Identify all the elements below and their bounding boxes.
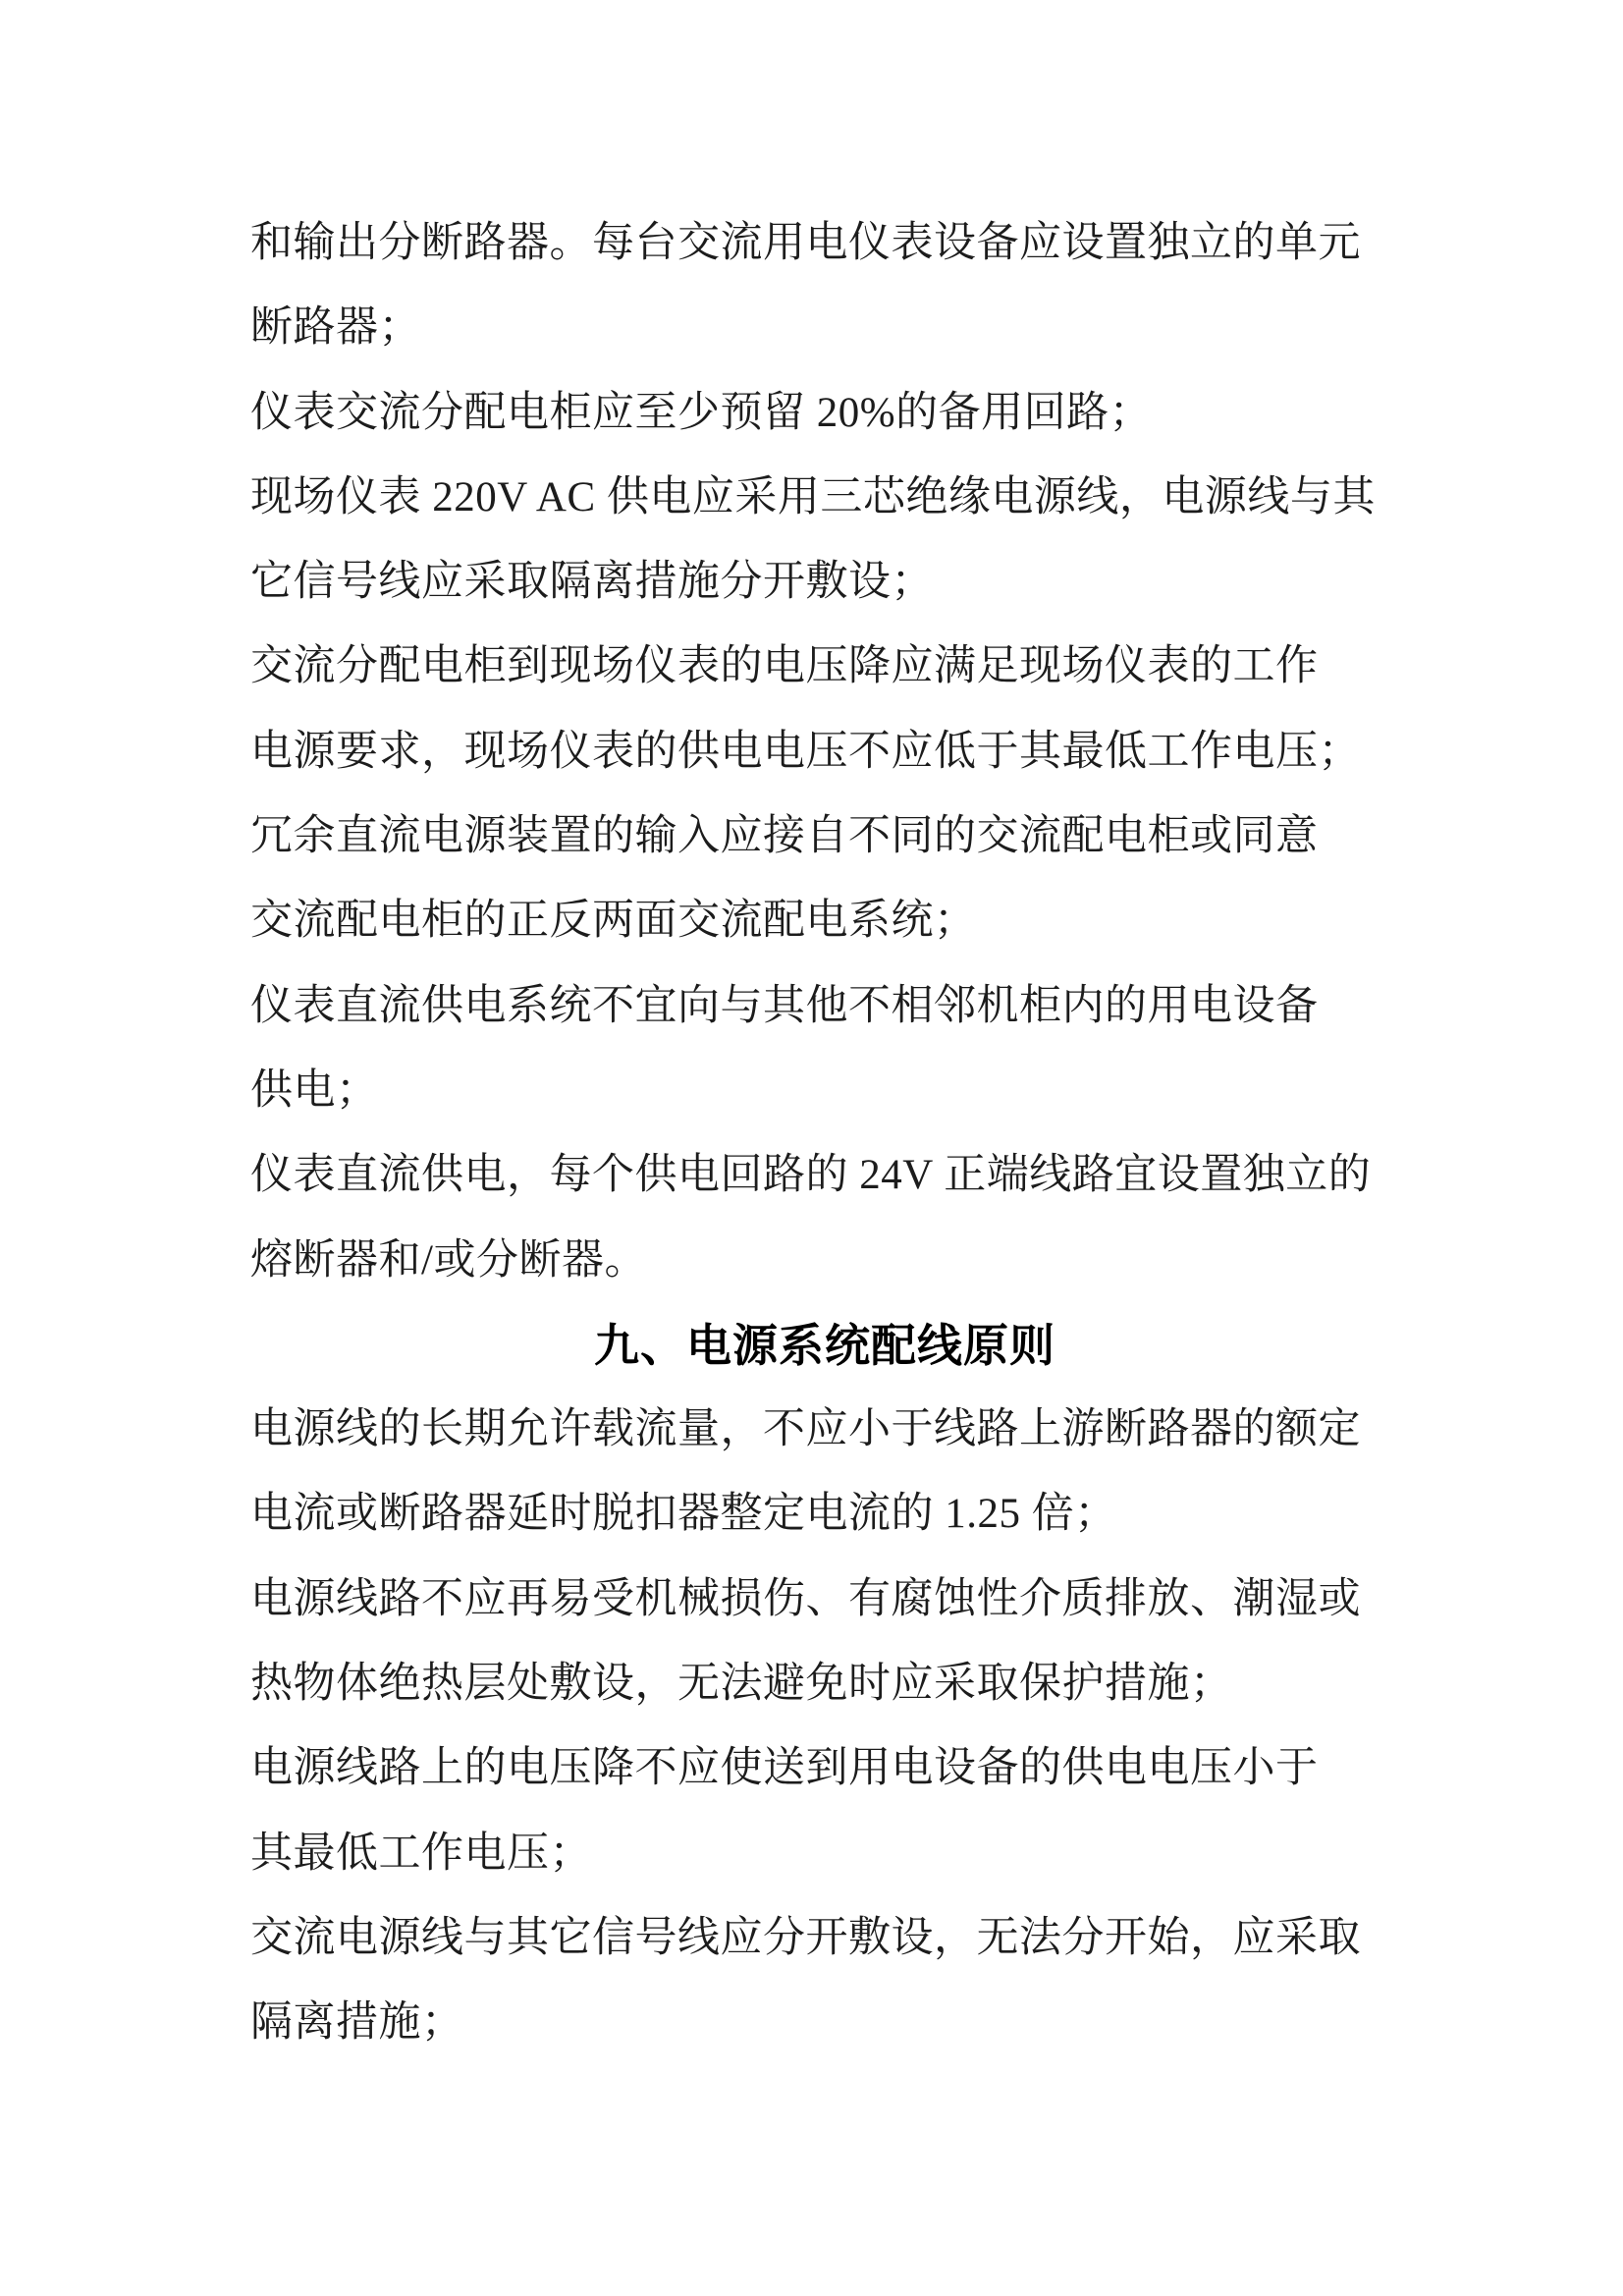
text-line: 供电； xyxy=(250,1049,1399,1133)
text-line: 热物体绝热层处敷设，无法避免时应采取保护措施； xyxy=(250,1642,1399,1726)
text-line: 和输出分断路器。每台交流用电仪表设备应设置独立的单元 xyxy=(250,201,1399,286)
text-line: 冗余直流电源装置的输入应接自不同的交流配电柜或同意 xyxy=(250,794,1399,879)
text-line: 熔断器和/或分断器。 xyxy=(250,1219,1399,1303)
text-line: 它信号线应采取隔离措施分开敷设； xyxy=(250,540,1399,625)
text-line: 电源线的长期允许载流量，不应小于线路上游断路器的额定 xyxy=(250,1388,1399,1472)
text-line: 电源线路不应再易受机械损伤、有腐蚀性介质排放、潮湿或 xyxy=(250,1558,1399,1642)
text-line: 断路器； xyxy=(250,286,1399,370)
text-line: 电流或断路器延时脱扣器整定电流的 1.25 倍； xyxy=(250,1472,1399,1557)
text-line: 电源线路上的电压降不应使送到用电设备的供电电压小于 xyxy=(250,1726,1399,1811)
text-line: 交流配电柜的正反两面交流配电系统； xyxy=(250,879,1399,963)
text-line: 交流电源线与其它信号线应分开敷设，无法分开始，应采取 xyxy=(250,1896,1399,1981)
text-line: 现场仪表 220V AC 供电应采用三芯绝缘电源线，电源线与其 xyxy=(250,456,1399,540)
document-page: 和输出分断路器。每台交流用电仪表设备应设置独立的单元断路器；仪表交流分配电柜应至… xyxy=(0,0,1623,2296)
page-body: 和输出分断路器。每台交流用电仪表设备应设置独立的单元断路器；仪表交流分配电柜应至… xyxy=(250,201,1399,2066)
text-line: 仪表直流供电，每个供电回路的 24V 正端线路宜设置独立的 xyxy=(250,1133,1399,1218)
section-heading: 九、电源系统配线原则 xyxy=(250,1303,1399,1388)
text-line: 交流分配电柜到现场仪表的电压降应满足现场仪表的工作 xyxy=(250,625,1399,709)
text-line: 其最低工作电压； xyxy=(250,1812,1399,1896)
text-line: 电源要求，现场仪表的供电电压不应低于其最低工作电压； xyxy=(250,710,1399,794)
text-line: 仪表直流供电系统不宜向与其他不相邻机柜内的用电设备 xyxy=(250,964,1399,1049)
text-line: 仪表交流分配电柜应至少预留 20%的备用回路； xyxy=(250,371,1399,456)
text-line: 隔离措施； xyxy=(250,1981,1399,2065)
